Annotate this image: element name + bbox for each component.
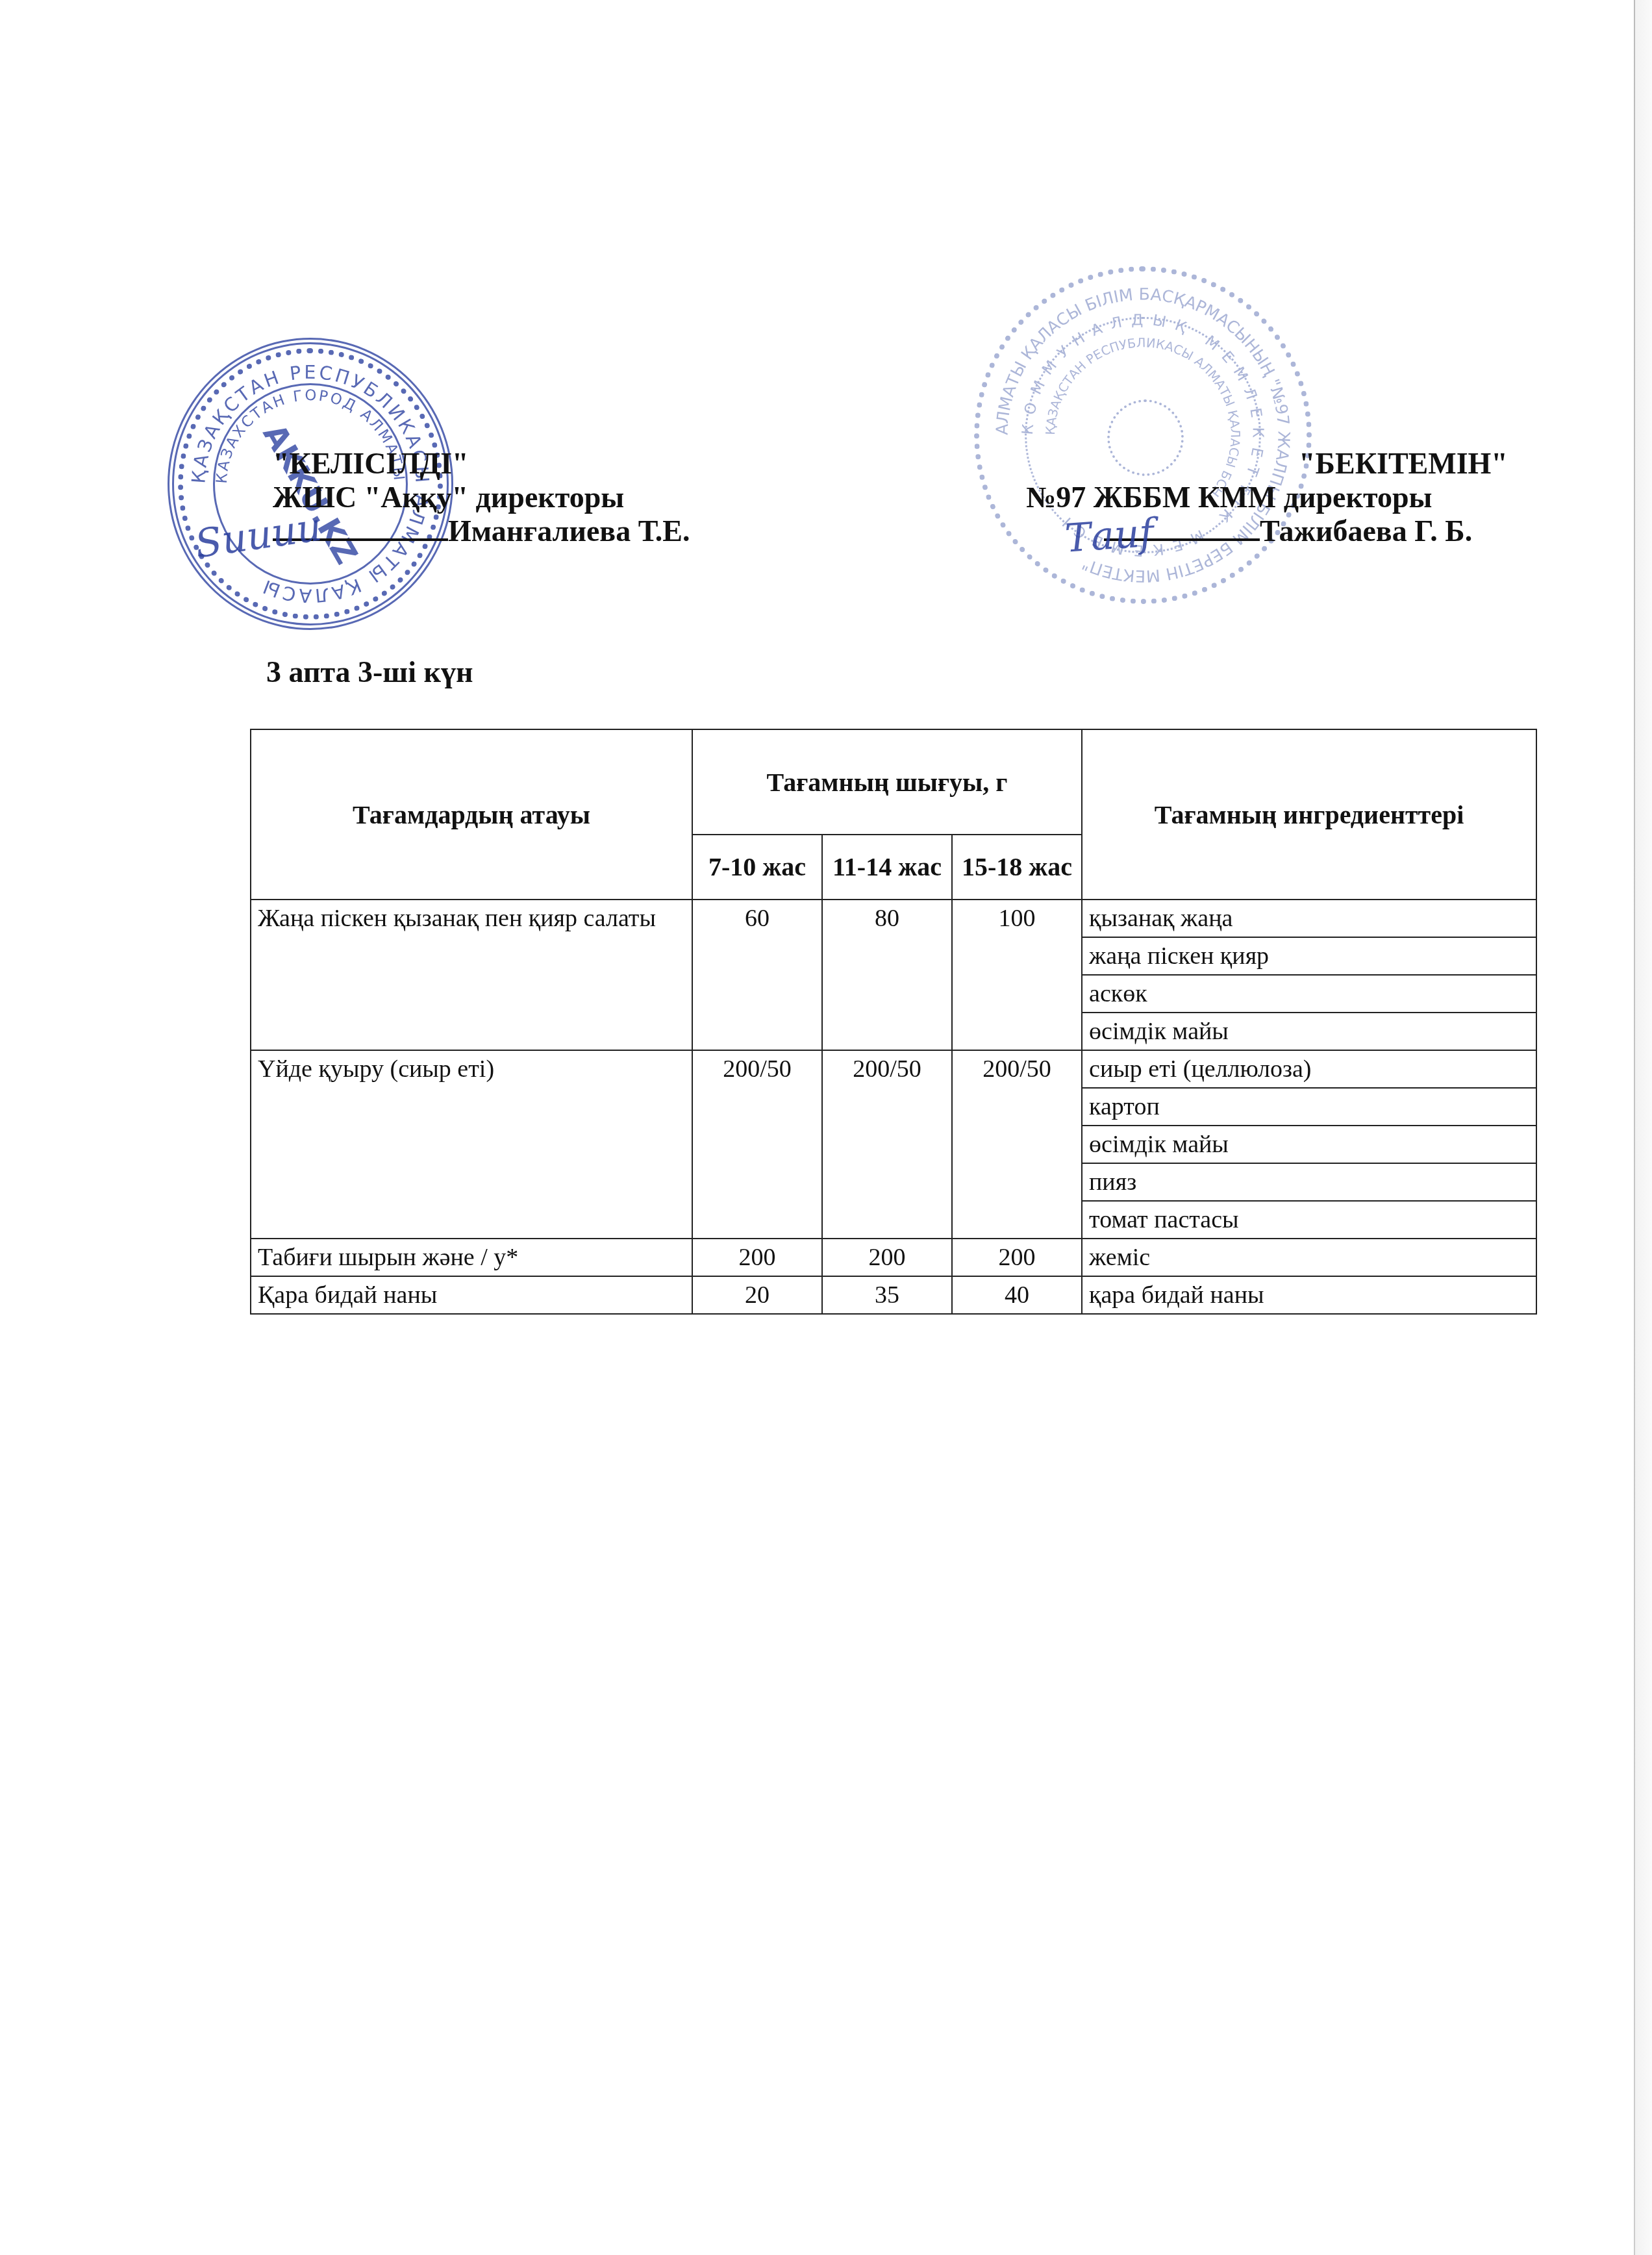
approval-agreed-position: ЖШС "Аққу" директоры (273, 481, 690, 514)
portion-11-14: 200 (822, 1239, 952, 1276)
header-ingredients: Тағамның ингредиенттері (1082, 729, 1536, 900)
portion-7-10: 60 (692, 900, 822, 1050)
scan-edge-line (1634, 0, 1635, 2255)
dish-name: Жаңа піскен қызанақ пен қияр салаты (251, 900, 692, 1050)
dish-name: Табиғи шырын және / у* (251, 1239, 692, 1276)
portion-15-18: 200/50 (952, 1050, 1082, 1239)
ingredient: томат пастасы (1082, 1201, 1536, 1239)
ingredient: пияз (1082, 1163, 1536, 1201)
approval-approved-signer: Тажибаева Г. Б. (1260, 514, 1472, 548)
ingredient: өсімдік майы (1082, 1126, 1536, 1163)
menu-table: Тағамдардың атауы Тағамның шығуы, г Таға… (250, 729, 1537, 1315)
header-output: Тағамның шығуы, г (692, 729, 1082, 835)
dish-name: Қара бидай наны (251, 1276, 692, 1314)
approval-agreed-block: "КЕЛІСІЛДІ" ЖШС "Аққу" директоры Иманғал… (273, 447, 690, 548)
header-dish-name: Тағамдардың атауы (251, 729, 692, 900)
portion-15-18: 200 (952, 1239, 1082, 1276)
ingredient: картоп (1082, 1088, 1536, 1126)
approval-agreed-title: "КЕЛІСІЛДІ" (273, 447, 690, 481)
portion-11-14: 80 (822, 900, 952, 1050)
portion-11-14: 35 (822, 1276, 952, 1314)
table-row: Жаңа піскен қызанақ пен қияр салаты 60 8… (251, 900, 1536, 937)
dish-name: Үйде қуыру (сиыр еті) (251, 1050, 692, 1239)
handwritten-signature-right: Таиf (1064, 510, 1155, 561)
portion-11-14: 200/50 (822, 1050, 952, 1239)
scan-edge-shade (1635, 0, 1652, 2255)
ingredient: жеміс (1082, 1239, 1536, 1276)
approval-agreed-signature-line: Иманғалиева Т.Е. (273, 514, 690, 548)
ingredient: қара бидай наны (1082, 1276, 1536, 1314)
ingredient: өсімдік майы (1082, 1013, 1536, 1050)
table-row: Үйде қуыру (сиыр еті) 200/50 200/50 200/… (251, 1050, 1536, 1088)
portion-15-18: 100 (952, 900, 1082, 1050)
portion-7-10: 200 (692, 1239, 822, 1276)
table-row: Табиғи шырын және / у* 200 200 200 жеміс (251, 1239, 1536, 1276)
header-age-11-14: 11-14 жас (822, 835, 952, 900)
ingredient: сиыр еті (целлюлоза) (1082, 1050, 1536, 1088)
portion-7-10: 20 (692, 1276, 822, 1314)
portion-15-18: 40 (952, 1276, 1082, 1314)
header-age-7-10: 7-10 жас (692, 835, 822, 900)
approval-approved-title: "БЕКІТЕМІН" (1026, 447, 1508, 481)
header-age-15-18: 15-18 жас (952, 835, 1082, 900)
ingredient: аскөк (1082, 975, 1536, 1013)
ingredient: жаңа піскен қияр (1082, 937, 1536, 975)
approval-agreed-signer: Иманғалиева Т.Е. (448, 514, 690, 548)
table-row: Қара бидай наны 20 35 40 қара бидай наны (251, 1276, 1536, 1314)
portion-7-10: 200/50 (692, 1050, 822, 1239)
ingredient: қызанақ жаңа (1082, 900, 1536, 937)
day-title: 3 апта 3-ші күн (266, 655, 473, 689)
approval-approved-position: №97 ЖББМ КММ директоры (1026, 481, 1508, 514)
